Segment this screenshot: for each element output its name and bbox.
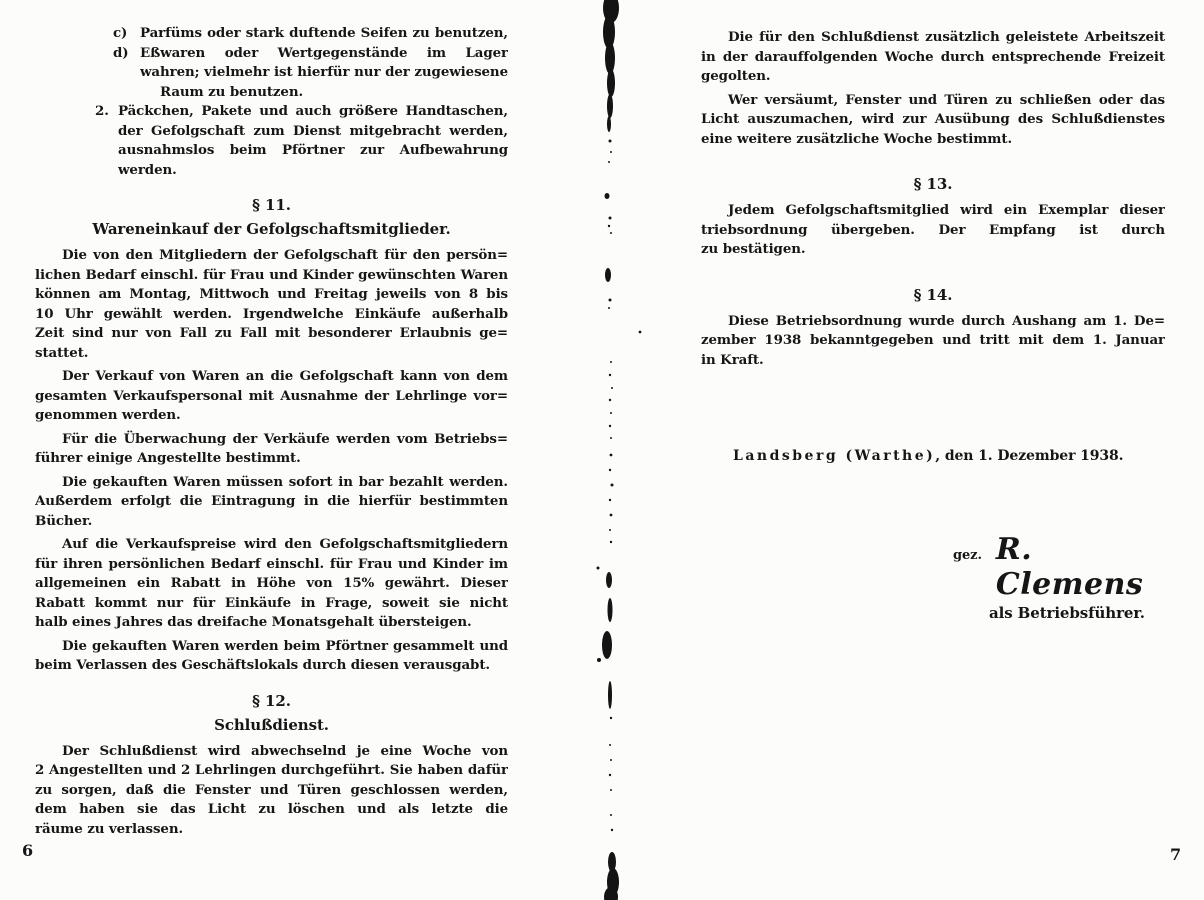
signature-block: gez. R. Clemens	[953, 532, 1165, 602]
page-number-right: 7	[1170, 845, 1181, 864]
section-heading-14: § 14.	[701, 285, 1165, 305]
page-right: Die für den Schlußdienst zusätzlich gele…	[701, 0, 1165, 623]
text-line: eine weitere zusätzliche Woche bestimmt.	[701, 130, 1165, 150]
text-line: Die von den Mitgliedern der Gefolgschaft…	[35, 246, 508, 266]
text-line: in Kraft.	[701, 351, 1165, 371]
text-line: führer einige Angestellte bestimmt.	[35, 449, 508, 469]
signature-prefix: gez.	[953, 548, 982, 563]
text-line: zu sorgen, daß die Fenster und Türen ges…	[35, 781, 508, 801]
paragraph: Der Schlußdienst wird abwechselnd je ein…	[35, 742, 508, 840]
text-line: Bücher.	[35, 512, 508, 532]
dateline-place: Landsberg (Warthe)	[733, 448, 935, 464]
text-line: Die gekauften Waren werden beim Pförtner…	[35, 637, 508, 657]
text-line: 10 Uhr gewählt werden. Irgendwelche Eink…	[35, 305, 508, 325]
page-number-left: 6	[22, 841, 33, 860]
text-line: in der darauffolgenden Woche durch entsp…	[701, 48, 1165, 68]
text-line: Wer versäumt, Fenster und Türen zu schli…	[701, 91, 1165, 111]
paragraph: Wer versäumt, Fenster und Türen zu schli…	[701, 91, 1165, 150]
signature-name: R. Clemens	[996, 532, 1165, 602]
text-line: werden.	[118, 161, 508, 181]
text-line: genommen werden.	[35, 406, 508, 426]
paragraph: Die für den Schlußdienst zusätzlich gele…	[701, 28, 1165, 87]
text-line: Raum zu benutzen.	[160, 83, 508, 103]
text-line: wahren; vielmehr ist hierfür nur der zug…	[140, 63, 508, 83]
text-line: können am Montag, Mittwoch und Freitag j…	[35, 285, 508, 305]
section-title-12: Schlußdienst.	[35, 715, 508, 735]
text-line: Die für den Schlußdienst zusätzlich gele…	[701, 28, 1165, 48]
text-line: Päckchen, Pakete und auch größere Handta…	[118, 102, 508, 122]
paragraph: Der Verkauf von Waren an die Gefolgschaf…	[35, 367, 508, 426]
text-line: ausnahmslos beim Pförtner zur Aufbewahru…	[118, 141, 508, 161]
text-line: für ihren persönlichen Bedarf einschl. f…	[35, 555, 508, 575]
list-item-2: 2. Päckchen, Pakete und auch größere Han…	[118, 102, 508, 180]
text-line: der Gefolgschaft zum Dienst mitgebracht …	[118, 122, 508, 142]
list-marker-d: d)	[113, 44, 129, 64]
list-marker-c: c)	[113, 24, 127, 44]
text-line: stattet.	[35, 344, 508, 364]
text-line: Jedem Gefolgschaftsmitglied wird ein Exe…	[701, 201, 1165, 221]
text-line: Zeit sind nur von Fall zu Fall mit beson…	[35, 324, 508, 344]
dateline: Landsberg (Warthe), den 1. Dezember 1938…	[701, 446, 1165, 466]
dateline-date: , den 1. Dezember 1938.	[935, 448, 1123, 464]
text-line: Parfüms oder stark duftende Seifen zu be…	[140, 24, 508, 44]
section-heading-11: § 11.	[35, 195, 508, 215]
binding-gutter-smudge	[586, 0, 646, 900]
text-line: lichen Bedarf einschl. für Frau und Kind…	[35, 266, 508, 286]
text-line: dem haben sie das Licht zu löschen und a…	[35, 800, 508, 820]
paragraph: Die gekauften Waren werden beim Pförtner…	[35, 637, 508, 676]
page-left: c) Parfüms oder stark duftende Seifen zu…	[35, 0, 508, 839]
paragraph: Die gekauften Waren müssen sofort in bar…	[35, 473, 508, 532]
section-heading-12: § 12.	[35, 691, 508, 711]
paragraph: Diese Betriebsordnung wurde durch Aushan…	[701, 312, 1165, 371]
paragraph: Für die Überwachung der Verkäufe werden …	[35, 430, 508, 469]
text-line: Eßwaren oder Wertgegenstände im Lager au…	[140, 44, 508, 64]
text-line: räume zu verlassen.	[35, 820, 508, 840]
text-line: Der Schlußdienst wird abwechselnd je ein…	[35, 742, 508, 762]
text-line: Auf die Verkaufspreise wird den Gefolgsc…	[35, 535, 508, 555]
text-line: 2 Angestellten und 2 Lehrlingen durchgef…	[35, 761, 508, 781]
text-line: allgemeinen ein Rabatt in Höhe von 15% g…	[35, 574, 508, 594]
text-line: Außerdem erfolgt die Eintragung in die h…	[35, 492, 508, 512]
text-line: Die gekauften Waren müssen sofort in bar…	[35, 473, 508, 493]
text-line: halb eines Jahres das dreifache Monatsge…	[35, 613, 508, 633]
list-item-d: d) Eßwaren oder Wertgegenstände im Lager…	[140, 44, 508, 103]
text-line: Der Verkauf von Waren an die Gefolgschaf…	[35, 367, 508, 387]
paragraph: Auf die Verkaufspreise wird den Gefolgsc…	[35, 535, 508, 633]
section-heading-13: § 13.	[701, 174, 1165, 194]
text-line: gegolten.	[701, 67, 1165, 87]
section-title-11: Wareneinkauf der Gefolgschaftsmitglieder…	[35, 219, 508, 239]
paragraph: Jedem Gefolgschaftsmitglied wird ein Exe…	[701, 201, 1165, 260]
text-line: Diese Betriebsordnung wurde durch Aushan…	[701, 312, 1165, 332]
text-line: beim Verlassen des Geschäftslokals durch…	[35, 656, 508, 676]
text-line: Licht auszumachen, wird zur Ausübung des…	[701, 110, 1165, 130]
signature-role: als Betriebsführer.	[989, 603, 1165, 623]
text-line: triebsordnung übergeben. Der Empfang ist…	[701, 221, 1165, 241]
book-spread: c) Parfüms oder stark duftende Seifen zu…	[0, 0, 1204, 900]
list-item-c: c) Parfüms oder stark duftende Seifen zu…	[140, 24, 508, 44]
text-line: zu bestätigen.	[701, 240, 1165, 260]
text-line: Rabatt kommt nur für Einkäufe in Frage, …	[35, 594, 508, 614]
text-line: gesamten Verkaufspersonal mit Ausnahme d…	[35, 387, 508, 407]
text-line: Für die Überwachung der Verkäufe werden …	[35, 430, 508, 450]
text-line: zember 1938 bekanntgegeben und tritt mit…	[701, 331, 1165, 351]
paragraph: Die von den Mitgliedern der Gefolgschaft…	[35, 246, 508, 363]
list-marker-2: 2.	[95, 102, 109, 122]
